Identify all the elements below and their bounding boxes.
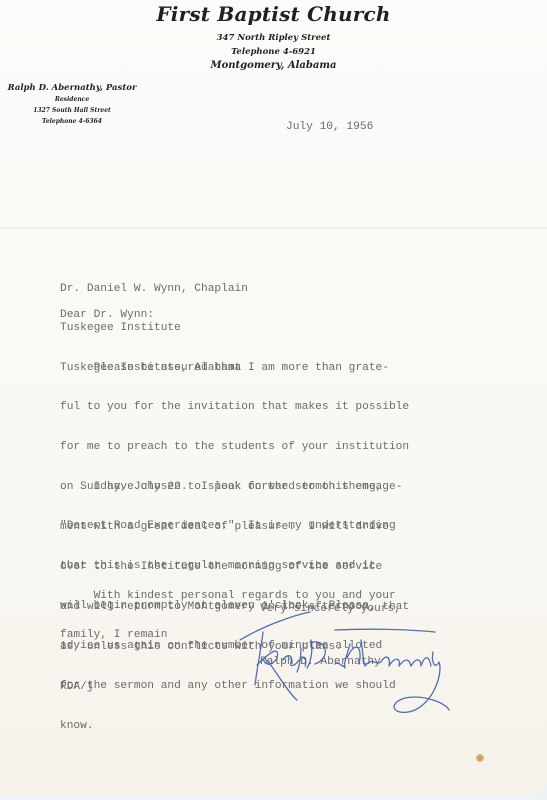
body-line: ful to you for the invitation that makes… bbox=[60, 401, 409, 414]
body-line: I have chosen to speak on the sermon the… bbox=[60, 481, 396, 494]
body-line: "Desert Road Experiences." It is my unde… bbox=[60, 520, 396, 533]
residence-telephone: Telephone 4-6364 bbox=[4, 116, 140, 127]
handwritten-signature bbox=[235, 610, 455, 715]
letter-page: First Baptist Church 347 North Ripley St… bbox=[0, 0, 547, 795]
letterhead-telephone: Telephone 4-6921 bbox=[0, 47, 547, 57]
salutation: Dear Dr. Wynn: bbox=[60, 309, 154, 322]
body-line: With kindest personal regards to you and… bbox=[60, 590, 396, 603]
recipient-line: Dr. Daniel W. Wynn, Chaplain bbox=[60, 283, 248, 296]
letterhead-city: Montgomery, Alabama bbox=[0, 60, 547, 71]
letterhead-title: First Baptist Church bbox=[0, 2, 547, 26]
letter-date: July 10, 1956 bbox=[286, 121, 373, 134]
body-line: for me to preach to the students of your… bbox=[60, 441, 409, 454]
pastor-block: Ralph D. Abernathy, Pastor Residence 132… bbox=[4, 82, 140, 127]
residence-address: 1327 South Hall Street bbox=[4, 105, 140, 116]
paper-stain bbox=[476, 754, 484, 762]
recipient-line: Tuskegee Institute bbox=[60, 322, 248, 335]
pastor-name: Ralph D. Abernathy, Pastor bbox=[4, 82, 140, 94]
paper-fold bbox=[0, 226, 547, 230]
body-line: Please be assured that I am more than gr… bbox=[60, 362, 409, 375]
letterhead-address: 347 North Ripley Street bbox=[0, 33, 547, 43]
residence-label: Residence bbox=[4, 94, 140, 105]
body-line: know. bbox=[60, 720, 396, 733]
typist-initials: RDA/j bbox=[60, 681, 94, 694]
